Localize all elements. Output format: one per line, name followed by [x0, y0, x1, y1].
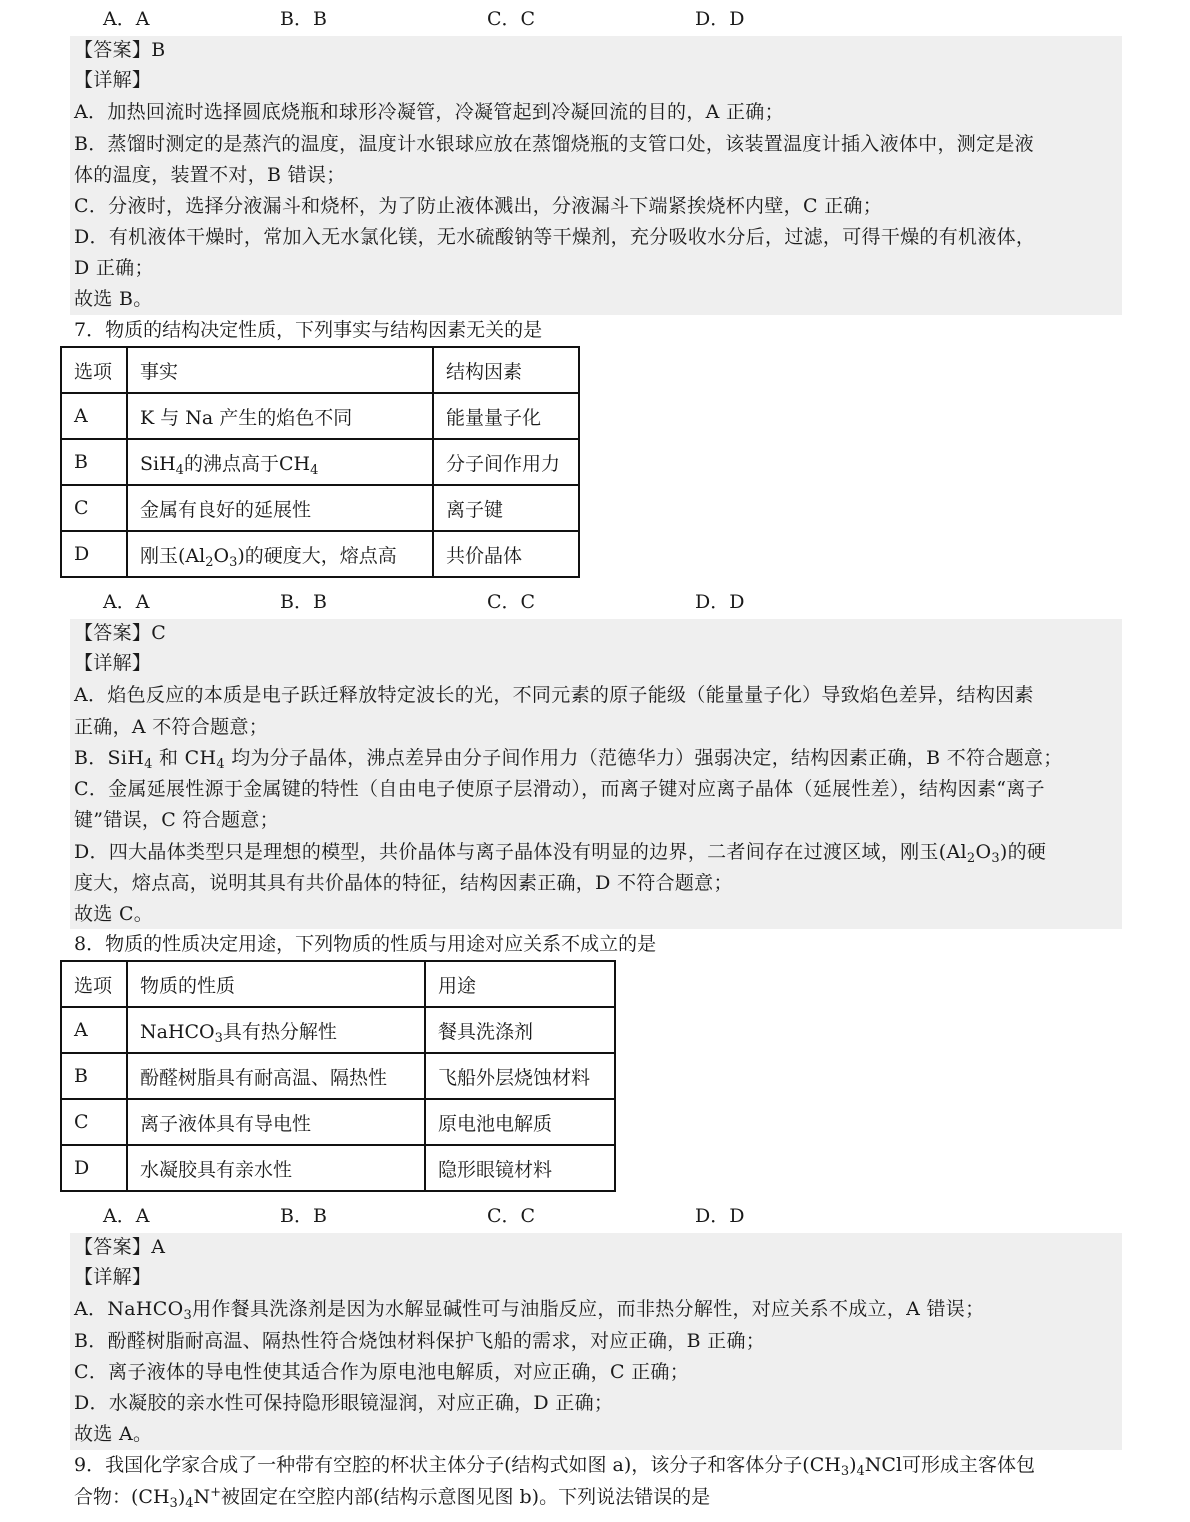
text: )的硬	[1000, 841, 1046, 863]
fact-cell: 刚玉(Al2O3)的硬度大，熔点高	[127, 531, 433, 577]
detail-label: 【详解】	[74, 65, 151, 96]
question-stem-q7: 7．物质的结构决定性质，下列事实与结构因素无关的是	[74, 315, 542, 346]
table-q8: 选项 物质的性质 用途 A NaHCO3具有热分解性 餐具洗涤剂 B 酚醛树脂具…	[60, 960, 616, 1192]
text: 9．我国化学家合成了一种带有空腔的杯状主体分子(结构式如图 a)，该分子和客体分…	[74, 1454, 841, 1476]
factor-cell: 能量量子化	[433, 393, 579, 439]
explanation-line: A．焰色反应的本质是电子跃迁释放特定波长的光，不同元素的原子能级（能量量子化）导…	[74, 680, 1034, 711]
table-row: D 刚玉(Al2O3)的硬度大，熔点高 共价晶体	[61, 531, 579, 577]
option-cell: C	[61, 1099, 127, 1145]
question-stem-q9-line2: 合物：(CH3)4N+被固定在空腔内部(结构示意图见图 b)。下列说法错误的是	[74, 1482, 710, 1513]
formula-text: NaHCO	[140, 1021, 215, 1043]
option-b: B．B	[280, 1203, 327, 1229]
formula-text: O	[214, 545, 230, 567]
explanation-line: C．离子液体的导电性使其适合作为原电池电解质，对应正确，C 正确；	[74, 1357, 689, 1388]
option-a: A．A	[103, 1203, 149, 1229]
header-cell: 用途	[425, 961, 615, 1007]
header-cell: 选项	[61, 961, 127, 1007]
explanation-line: D．四大晶体类型只是理想的模型，共价晶体与离子晶体没有明显的边界，二者间存在过渡…	[74, 837, 1046, 868]
formula-text: )的硬度大，熔点高	[237, 545, 396, 567]
explanation-line: 度大，熔点高，说明其具有共价晶体的特征，结构因素正确，D 不符合题意；	[74, 868, 733, 899]
fact-cell: K 与 Na 产生的焰色不同	[127, 393, 433, 439]
formula-text: 的沸点高于CH	[184, 453, 310, 475]
option-a: A．A	[103, 589, 149, 615]
option-cell: B	[61, 1053, 127, 1099]
conclusion-line: 故选 C。	[74, 899, 153, 930]
text: 被固定在空腔内部(结构示意图见图 b)。下列说法错误的是	[221, 1486, 710, 1508]
option-c: C．C	[487, 1203, 535, 1229]
option-c: C．C	[487, 6, 535, 32]
conclusion-line: 故选 A。	[74, 1419, 152, 1450]
answer-label: 【答案】B	[74, 35, 165, 66]
explanation-line: 键”错误，C 符合题意；	[74, 805, 279, 836]
property-cell: 水凝胶具有亲水性	[127, 1145, 425, 1191]
header-cell: 结构因素	[433, 347, 579, 393]
use-cell: 原电池电解质	[425, 1099, 615, 1145]
factor-cell: 分子间作用力	[433, 439, 579, 485]
table-row: D 水凝胶具有亲水性 隐形眼镜材料	[61, 1145, 615, 1191]
text: O	[975, 841, 991, 863]
subscript: 3	[215, 1031, 223, 1046]
text: A．NaHCO	[74, 1298, 183, 1320]
fact-cell: 金属有良好的延展性	[127, 485, 433, 531]
option-cell: A	[61, 393, 127, 439]
explanation-line: D．水凝胶的亲水性可保持隐形眼镜湿润，对应正确，D 正确；	[74, 1388, 613, 1419]
factor-cell: 离子键	[433, 485, 579, 531]
table-row: C 金属有良好的延展性 离子键	[61, 485, 579, 531]
option-d: D．D	[695, 1203, 744, 1229]
answer-label: 【答案】C	[74, 618, 166, 649]
use-cell: 飞船外层烧蚀材料	[425, 1053, 615, 1099]
text: 合物：(CH	[74, 1486, 170, 1508]
option-d: D．D	[695, 6, 744, 32]
table-row: B SiH4的沸点高于CH4 分子间作用力	[61, 439, 579, 485]
property-cell: NaHCO3具有热分解性	[127, 1007, 425, 1053]
text: 用作餐具洗涤剂是因为水解显碱性可与油脂反应，而非热分解性，对应关系不成立，A 错…	[192, 1298, 984, 1320]
subscript: 3	[183, 1308, 192, 1323]
use-cell: 隐形眼镜材料	[425, 1145, 615, 1191]
question-stem-q9-line1: 9．我国化学家合成了一种带有空腔的杯状主体分子(结构式如图 a)，该分子和客体分…	[74, 1450, 1035, 1481]
explanation-line: A．NaHCO3用作餐具洗涤剂是因为水解显碱性可与油脂反应，而非热分解性，对应关…	[74, 1294, 984, 1325]
text: N	[194, 1486, 211, 1508]
header-cell: 事实	[127, 347, 433, 393]
option-b: B．B	[280, 6, 327, 32]
text: B．SiH	[74, 747, 144, 769]
explanation-line: 正确，A 不符合题意；	[74, 712, 268, 743]
subscript: 4	[216, 757, 225, 772]
option-cell: C	[61, 485, 127, 531]
conclusion-line: 故选 B。	[74, 284, 153, 315]
explanation-line: B．酚醛树脂耐高温、隔热性符合烧蚀材料保护飞船的需求，对应正确，B 正确；	[74, 1326, 765, 1357]
table-row: B 酚醛树脂具有耐高温、隔热性 飞船外层烧蚀材料	[61, 1053, 615, 1099]
answer-label: 【答案】A	[74, 1232, 165, 1263]
subscript: 4	[310, 463, 318, 478]
explanation-line: B．SiH4 和 CH4 均为分子晶体，沸点差异由分子间作用力（范德华力）强弱决…	[74, 743, 1063, 774]
subscript: 4	[176, 463, 184, 478]
property-cell: 酚醛树脂具有耐高温、隔热性	[127, 1053, 425, 1099]
table-row: C 离子液体具有导电性 原电池电解质	[61, 1099, 615, 1145]
header-cell: 选项	[61, 347, 127, 393]
explanation-line: A．加热回流时选择圆底烧瓶和球形冷凝管，冷凝管起到冷凝回流的目的，A 正确；	[74, 97, 784, 128]
option-cell: D	[61, 1145, 127, 1191]
question-stem-q8: 8．物质的性质决定用途，下列物质的性质与用途对应关系不成立的是	[74, 929, 656, 960]
factor-cell: 共价晶体	[433, 531, 579, 577]
formula-text: 刚玉(Al	[140, 545, 205, 567]
table-header-row: 选项 物质的性质 用途	[61, 961, 615, 1007]
text: NCl可形成主客体包	[865, 1454, 1035, 1476]
explanation-line: C．金属延展性源于金属键的特性（自由电子使原子层滑动），而离子键对应离子晶体（延…	[74, 774, 1045, 805]
property-cell: 离子液体具有导电性	[127, 1099, 425, 1145]
explanation-line: B．蒸馏时测定的是蒸汽的温度，温度计水银球应放在蒸馏烧瓶的支管口处，该装置温度计…	[74, 129, 1034, 160]
formula-text: 具有热分解性	[223, 1021, 337, 1043]
explanation-line: C．分液时，选择分液漏斗和烧杯，为了防止液体溅出，分液漏斗下端紧挨烧杯内壁，C …	[74, 191, 882, 222]
subscript: 4	[857, 1464, 865, 1479]
text: D．四大晶体类型只是理想的模型，共价晶体与离子晶体没有明显的边界，二者间存在过渡…	[74, 841, 967, 863]
option-a: A．A	[103, 6, 149, 32]
text: 均为分子晶体，沸点差异由分子间作用力（范德华力）强弱决定，结构因素正确，B 不符…	[225, 747, 1063, 769]
detail-label: 【详解】	[74, 648, 151, 679]
subscript: 3	[991, 851, 1000, 866]
table-q7: 选项 事实 结构因素 A K 与 Na 产生的焰色不同 能量量子化 B SiH4…	[60, 346, 580, 578]
fact-cell: SiH4的沸点高于CH4	[127, 439, 433, 485]
superscript: +	[210, 1485, 221, 1500]
option-cell: B	[61, 439, 127, 485]
explanation-line: 体的温度，装置不对，B 错误；	[74, 160, 346, 191]
detail-label: 【详解】	[74, 1262, 151, 1293]
table-header-row: 选项 事实 结构因素	[61, 347, 579, 393]
formula-text: SiH	[140, 453, 176, 475]
option-b: B．B	[280, 589, 327, 615]
use-cell: 餐具洗涤剂	[425, 1007, 615, 1053]
explanation-line: D 正确；	[74, 253, 154, 284]
subscript: 4	[144, 757, 153, 772]
option-cell: D	[61, 531, 127, 577]
subscript: 3	[170, 1496, 178, 1511]
option-c: C．C	[487, 589, 535, 615]
explanation-line: D．有机液体干燥时，常加入无水氯化镁，无水硫酸钠等干燥剂，充分吸收水分后，过滤，…	[74, 222, 1035, 253]
text: )	[849, 1454, 856, 1476]
table-row: A NaHCO3具有热分解性 餐具洗涤剂	[61, 1007, 615, 1053]
table-row: A K 与 Na 产生的焰色不同 能量量子化	[61, 393, 579, 439]
text: 和 CH	[153, 747, 217, 769]
subscript: 3	[841, 1464, 849, 1479]
option-cell: A	[61, 1007, 127, 1053]
subscript: 2	[205, 555, 213, 570]
option-d: D．D	[695, 589, 744, 615]
header-cell: 物质的性质	[127, 961, 425, 1007]
subscript: 4	[185, 1496, 193, 1511]
